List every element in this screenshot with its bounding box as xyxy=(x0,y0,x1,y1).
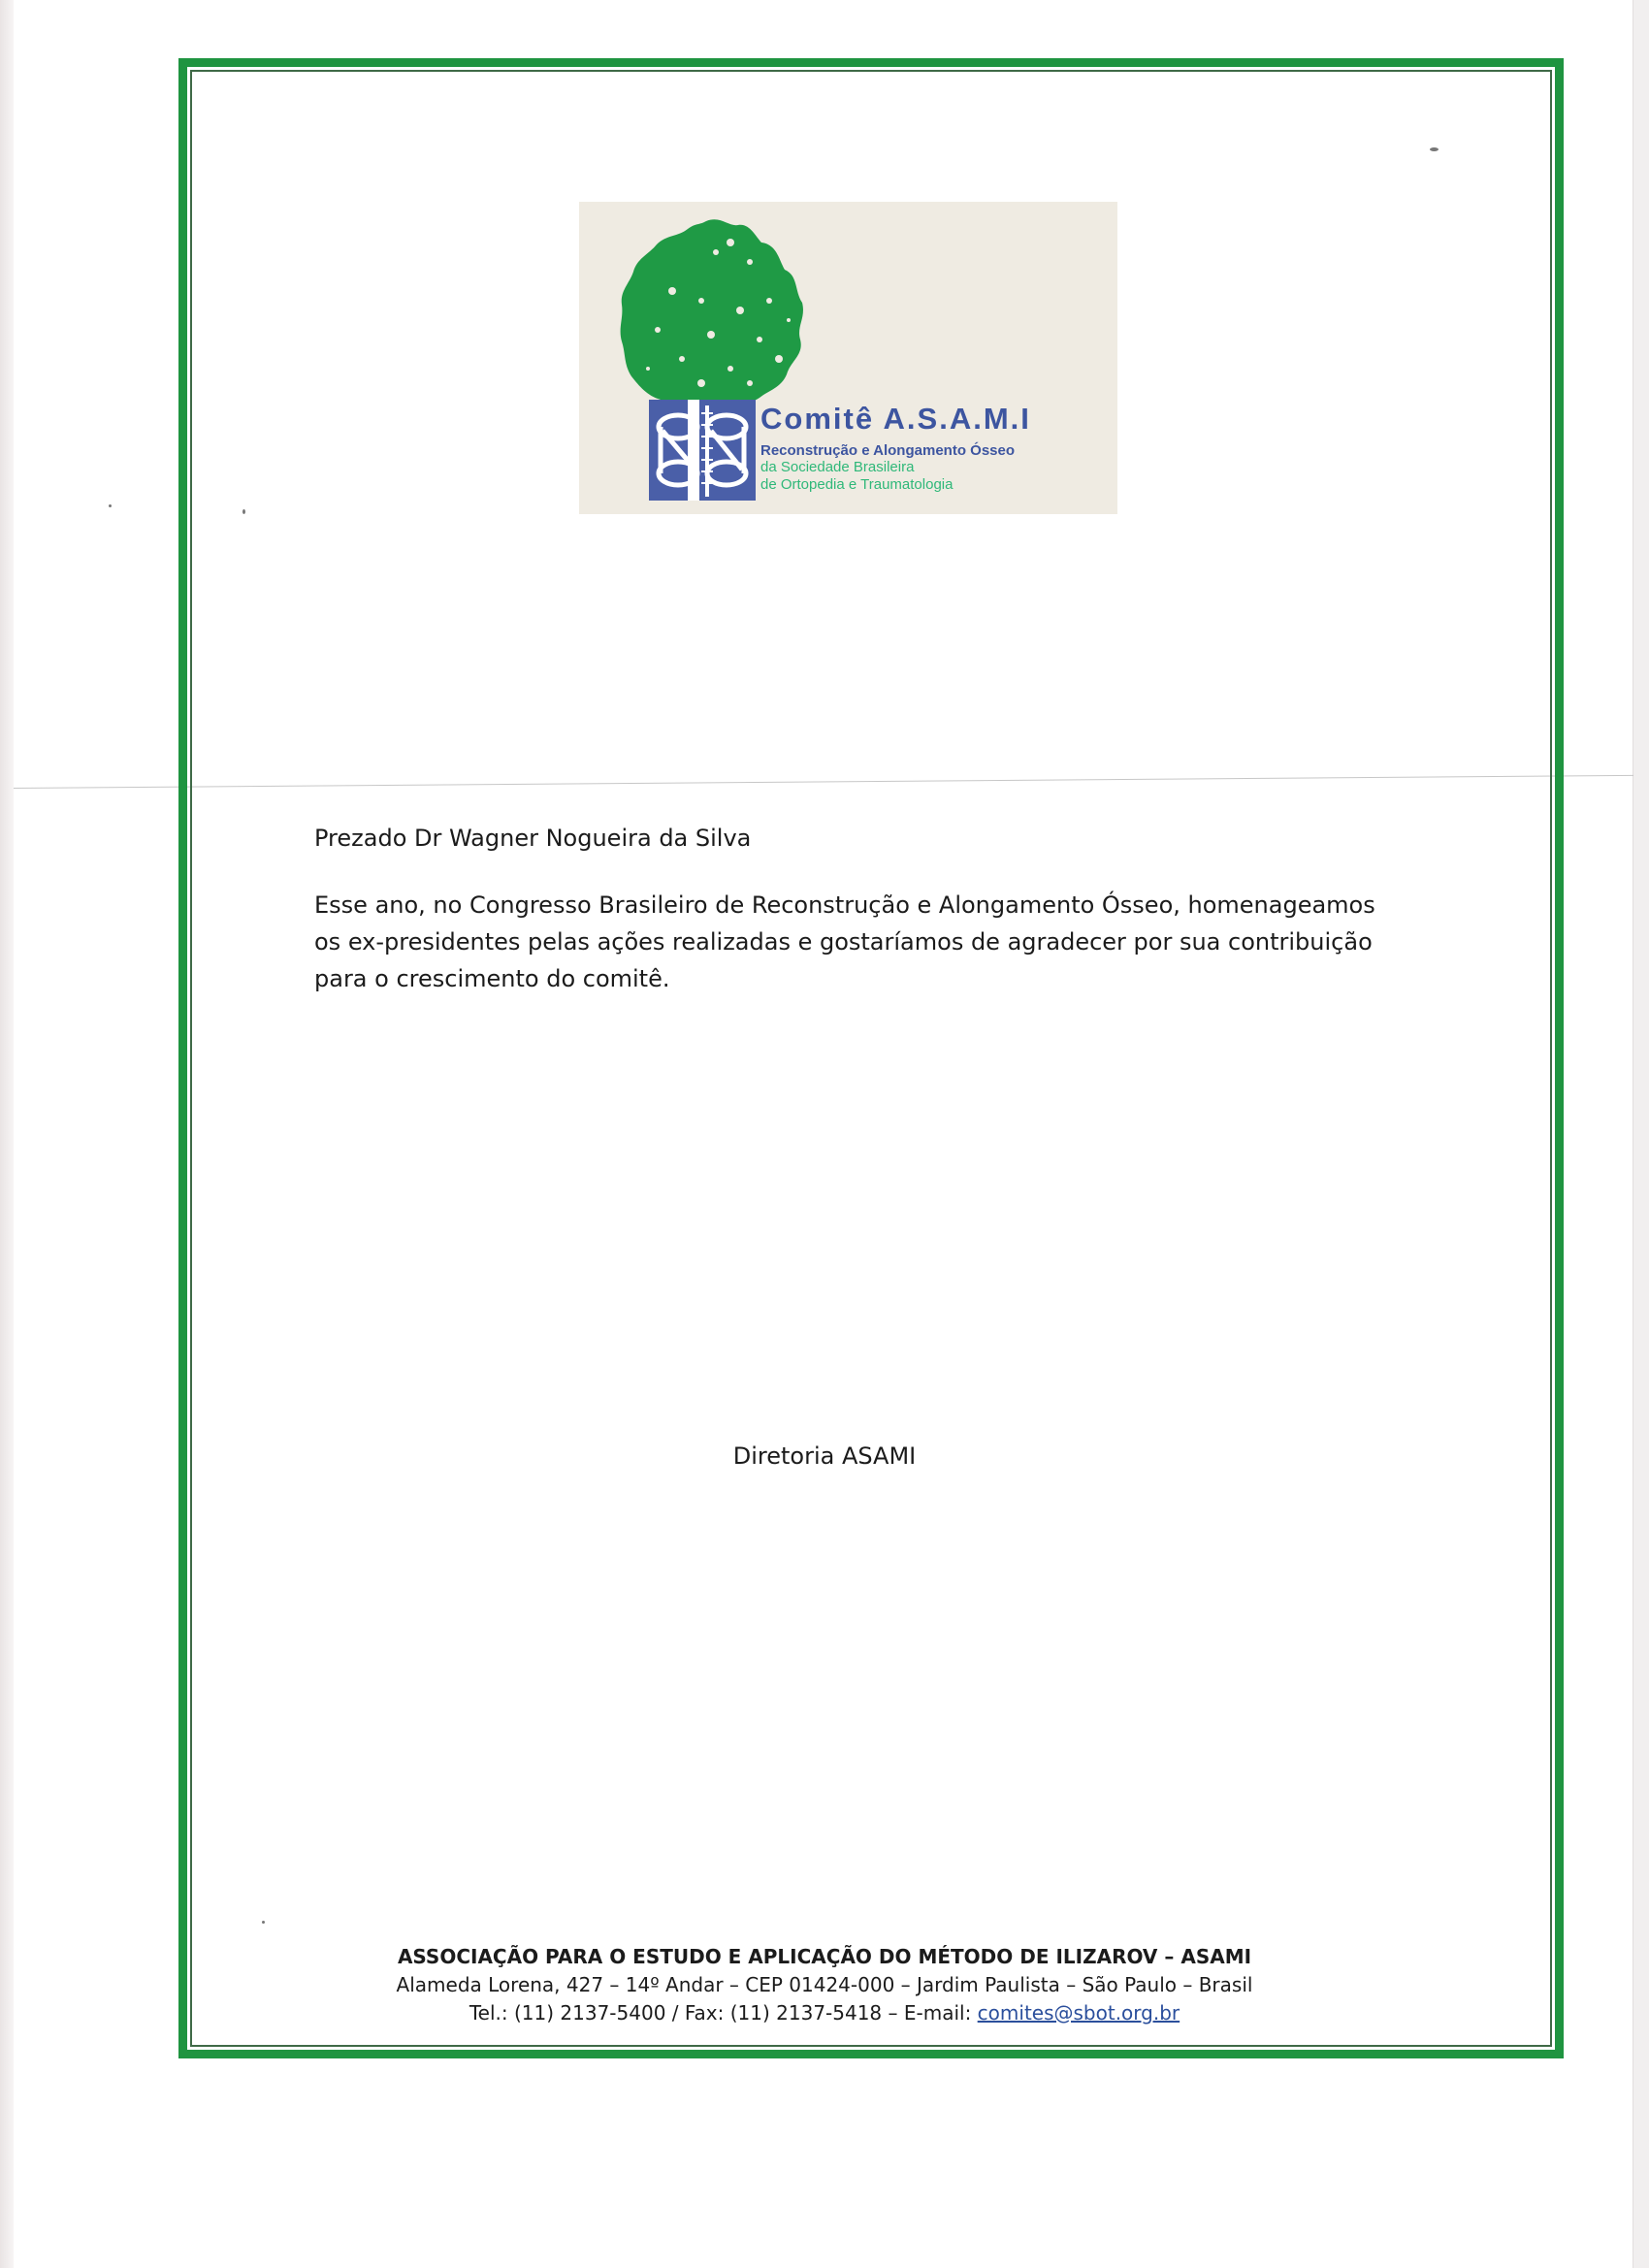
ilizarov-frame-emblem-icon xyxy=(649,400,756,501)
email-link[interactable]: comites@sbot.org.br xyxy=(978,2001,1180,2025)
signature: Diretoria ASAMI xyxy=(0,1442,1649,1470)
body-line: os ex-presidentes pelas ações realizadas… xyxy=(314,923,1478,960)
salutation: Prezado Dr Wagner Nogueira da Silva xyxy=(314,825,1478,852)
address: Alameda Lorena, 427 – 14º Andar – CEP 01… xyxy=(0,1971,1649,1999)
letterhead-footer: ASSOCIAÇÃO PARA O ESTUDO E APLICAÇÃO DO … xyxy=(0,1943,1649,2027)
body-line: Esse ano, no Congresso Brasileiro de Rec… xyxy=(314,887,1478,923)
scan-speck xyxy=(109,504,112,507)
scan-edge-left xyxy=(0,0,14,2268)
body-line: para o crescimento do comitê. xyxy=(314,960,1478,997)
logo-subtitle-line-2: da Sociedade Brasileira xyxy=(760,459,914,475)
tree-icon xyxy=(614,213,808,417)
logo-subtitle-line-3: de Ortopedia e Traumatologia xyxy=(760,476,953,493)
organization-name: ASSOCIAÇÃO PARA O ESTUDO E APLICAÇÃO DO … xyxy=(0,1943,1649,1971)
scan-edge-right xyxy=(1633,0,1649,2268)
phone-fax: Tel.: (11) 2137-5400 / Fax: (11) 2137-54… xyxy=(469,2001,978,2025)
asami-committee-logo: Comitê A.S.A.M.I Reconstrução e Alongame… xyxy=(579,202,1117,514)
logo-title: Comitê A.S.A.M.I xyxy=(760,402,1031,437)
letter-body: Prezado Dr Wagner Nogueira da Silva Esse… xyxy=(314,825,1478,997)
contact-line: Tel.: (11) 2137-5400 / Fax: (11) 2137-54… xyxy=(0,1999,1649,2027)
logo-subtitle-line-1: Reconstrução e Alongamento Ósseo xyxy=(760,442,1015,459)
